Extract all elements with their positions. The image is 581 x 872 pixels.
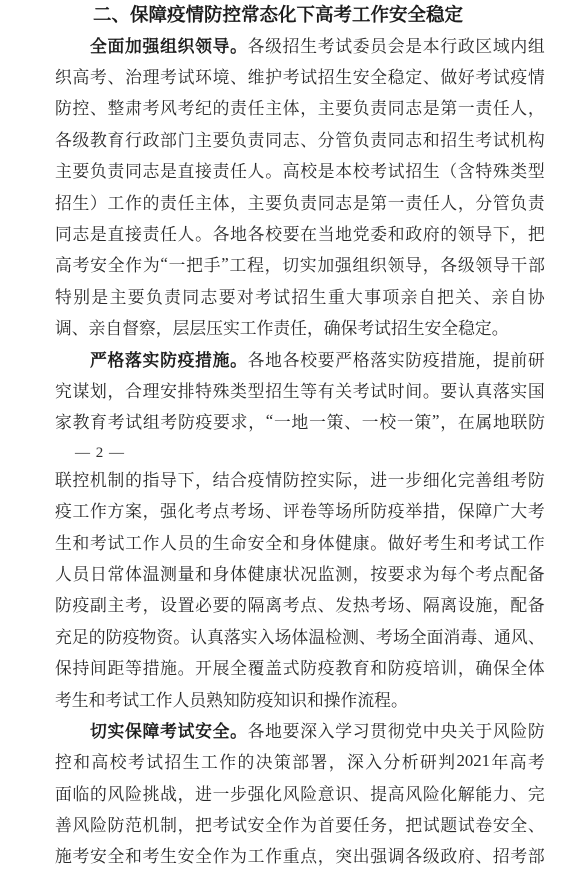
text-line: 同志是直接责任人。各地各校要在当地党委和政府的领导下，把 (55, 217, 545, 248)
text-line: 生和考试工作人员的生命安全和身体健康。做好考生和考试工作 (55, 526, 545, 557)
document-page: 二、保障疫情防控常态化下高考工作安全稳定 全面加强组织领导。各级招生考试委员会是… (0, 0, 581, 872)
text-line: 主要负责同志是直接责任人。高校是本校考试招生（含特殊类型 (55, 155, 545, 186)
text-line: 全面加强组织领导。各级招生考试委员会是本行政区域内组 (55, 29, 545, 60)
text-line: 充足的防疫物资。认真落实入场体温检测、考场全面消毒、通风、 (55, 620, 545, 651)
text-line: 面临的风险挑战，进一步强化风险意识、提高风险化解能力、完 (55, 777, 545, 808)
section-heading: 二、保障疫情防控常态化下高考工作安全稳定 (55, 3, 545, 27)
document-body: 全面加强组织领导。各级招生考试委员会是本行政区域内组织高考、治理考试环境、维护考… (55, 29, 545, 871)
text-line: 善风险防范机制，把考试安全作为首要任务，把试题试卷安全、 (55, 808, 545, 839)
text-line: 严格落实防疫措施。各地各校要严格落实防疫措施，提前研 (55, 343, 545, 374)
text-line: 疫工作方案，强化考点考场、评卷等场所防疫举措，保障广大考 (55, 494, 545, 525)
page-number-marker: — 2 — (55, 443, 545, 463)
text-line: 家教育考试组考防疫要求，“一地一策、一校一策”，在属地联防 (55, 406, 545, 437)
text-line: 切实保障考试安全。各地要深入学习贯彻党中央关于风险防 (55, 714, 545, 745)
text-line: 考生和考试工作人员熟知防疫知识和操作流程。 (55, 683, 545, 714)
text-line: 保持间距等措施。开展全覆盖式防疫教育和防疫培训，确保全体 (55, 651, 545, 682)
text-line: 各级教育行政部门主要负责同志、分管负责同志和招生考试机构 (55, 123, 545, 154)
text-line: 特别是主要负责同志要对考试招生重大事项亲自把关、亲自协 (55, 280, 545, 311)
text-line: 人员日常体温测量和身体健康状况监测，按要求为每个考点配备 (55, 557, 545, 588)
text-line: 高考安全作为“一把手”工程，切实加强组织领导，各级领导干部 (55, 249, 545, 280)
text-line: 调、亲自督察，层层压实工作责任，确保考试招生安全稳定。 (55, 312, 545, 343)
text-line: 施考安全和考生安全作为工作重点，突出强调各级政府、招考部 (55, 840, 545, 871)
text-line: 防疫副主考，设置必要的隔离考点、发热考场、隔离设施，配备 (55, 589, 545, 620)
text-line: 联控机制的指导下，结合疫情防控实际，进一步细化完善组考防 (55, 463, 545, 494)
text-line: 究谋划，合理安排特殊类型招生等有关考试时间。要认真落实国 (55, 374, 545, 405)
text-line: 织高考、治理考试环境、维护考试招生安全稳定、做好考试疫情 (55, 60, 545, 91)
text-line: 控和高校考试招生工作的决策部署，深入分析研判2021年高考 (55, 746, 545, 777)
text-line: 防控、整肃考风考纪的责任主体，主要负责同志是第一责任人， (55, 92, 545, 123)
text-line: 招生）工作的责任主体，主要负责同志是第一责任人，分管负责 (55, 186, 545, 217)
